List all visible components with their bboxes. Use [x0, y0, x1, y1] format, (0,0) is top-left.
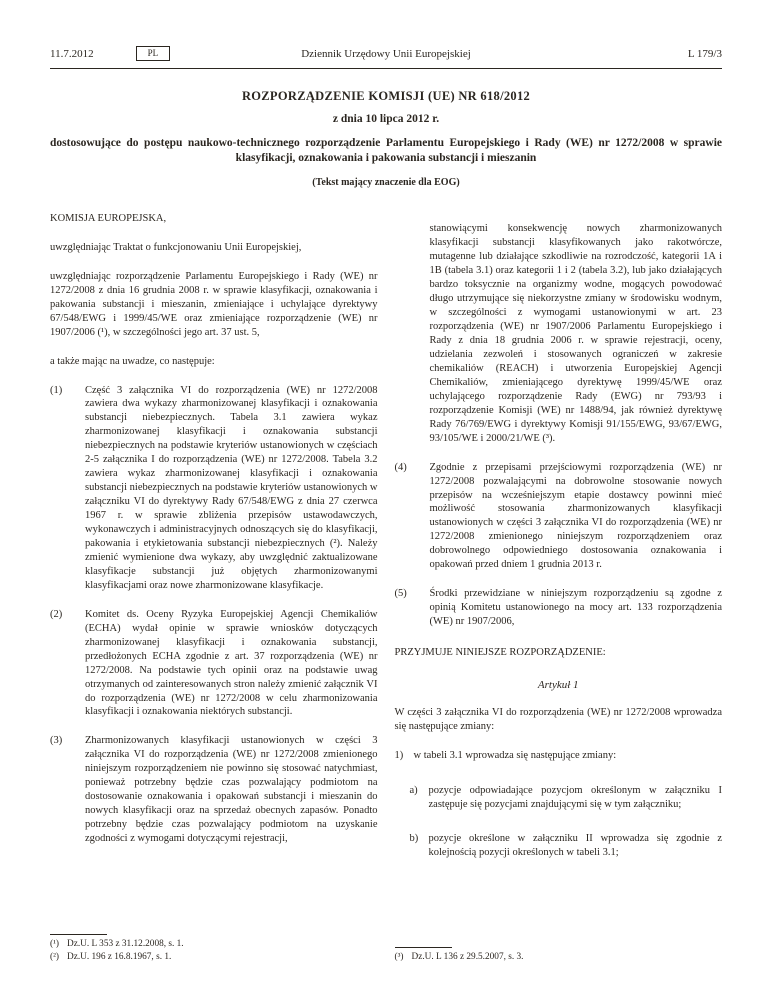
recital-2: (2) Komitet ds. Oceny Ryzyka Europejskie…	[50, 608, 378, 720]
footnote-1-text: Dz.U. L 353 z 31.12.2008, s. 1.	[67, 938, 378, 951]
amendment-point-1: 1) w tabeli 3.1 wprowadza się następując…	[395, 749, 723, 763]
subpoint-b-text: pozycje określone w załączniku II wprowa…	[429, 832, 723, 860]
footnote-1-marker: (¹)	[50, 938, 67, 951]
footnote-3-text: Dz.U. L 136 z 29.5.2007, s. 3.	[412, 951, 723, 964]
title-block: ROZPORZĄDZENIE KOMISJI (UE) NR 618/2012 …	[50, 89, 722, 188]
recital-5-text: Środki przewidziane w niniejszym rozporz…	[430, 587, 723, 629]
recital-5-number: (5)	[395, 587, 430, 629]
enacting-formula: PRZYJMUJE NINIEJSZE ROZPORZĄDZENIE:	[395, 646, 723, 660]
eea-relevance-note: (Tekst mający znaczenie dla EOG)	[50, 177, 722, 188]
footnote-3: (³) Dz.U. L 136 z 29.5.2007, s. 3.	[395, 951, 723, 964]
recital-2-number: (2)	[50, 608, 85, 720]
recital-2-text: Komitet ds. Oceny Ryzyka Europejskiej Ag…	[85, 608, 378, 720]
recital-1-text: Część 3 załącznika VI do rozporządzenia …	[85, 384, 378, 593]
footnote-separator	[395, 947, 452, 948]
footnote-2-marker: (²)	[50, 951, 67, 964]
citation-treaty: uwzględniając Traktat o funkcjonowaniu U…	[50, 241, 378, 255]
amendment-point-1-number: 1)	[395, 749, 414, 763]
recital-5: (5) Środki przewidziane w niniejszym roz…	[395, 587, 723, 629]
recital-1: (1) Część 3 załącznika VI do rozporządze…	[50, 384, 378, 593]
footnote-2: (²) Dz.U. 196 z 16.8.1967, s. 1.	[50, 951, 378, 964]
right-footnotes: (³) Dz.U. L 136 z 29.5.2007, s. 3.	[395, 947, 723, 966]
preamble-lead: a także mając na uwadze, co następuje:	[50, 355, 378, 369]
left-column: KOMISJA EUROPEJSKA, uwzględniając Trakta…	[50, 212, 378, 966]
subpoint-a: a) pozycje odpowiadające pozycjom określ…	[410, 784, 723, 812]
document-page: 11.7.2012 PL Dziennik Urzędowy Unii Euro…	[0, 0, 768, 966]
page-number: L 179/3	[688, 48, 722, 60]
amendment-point-1-text: w tabeli 3.1 wprowadza się następujące z…	[414, 749, 723, 763]
page-header: 11.7.2012 PL Dziennik Urzędowy Unii Euro…	[50, 46, 722, 69]
subpoint-b-marker: b)	[410, 832, 429, 860]
regulation-title: ROZPORZĄDZENIE KOMISJI (UE) NR 618/2012	[50, 89, 722, 104]
recital-3-number: (3)	[50, 734, 85, 846]
footnote-3-marker: (³)	[395, 951, 412, 964]
recital-4: (4) Zgodnie z przepisami przejściowymi r…	[395, 461, 723, 573]
recital-4-number: (4)	[395, 461, 430, 573]
recital-4-text: Zgodnie z przepisami przejściowymi rozpo…	[430, 461, 723, 573]
recital-3-text: Zharmonizowanych klasyfikacji ustanowion…	[85, 734, 378, 846]
recital-3-continuation: stanowiącymi konsekwencję nowych zharmon…	[430, 222, 723, 445]
journal-title: Dziennik Urzędowy Unii Europejskiej	[50, 48, 722, 60]
regulation-date-line: z dnia 10 lipca 2012 r.	[50, 113, 722, 125]
subpoint-b: b) pozycje określone w załączniku II wpr…	[410, 832, 723, 860]
recital-1-number: (1)	[50, 384, 85, 593]
two-column-body: KOMISJA EUROPEJSKA, uwzględniając Trakta…	[50, 212, 722, 966]
footnote-2-text: Dz.U. 196 z 16.8.1967, s. 1.	[67, 951, 378, 964]
subpoint-a-text: pozycje odpowiadające pozycjom określony…	[429, 784, 723, 812]
citation-regulation: uwzględniając rozporządzenie Parlamentu …	[50, 270, 378, 340]
footnote-separator	[50, 934, 107, 935]
footnote-1: (¹) Dz.U. L 353 z 31.12.2008, s. 1.	[50, 938, 378, 951]
left-footnotes: (¹) Dz.U. L 353 z 31.12.2008, s. 1. (²) …	[50, 934, 378, 966]
opening-phrase: KOMISJA EUROPEJSKA,	[50, 212, 378, 226]
regulation-subtitle: dostosowujące do postępu naukowo-technic…	[50, 136, 722, 166]
article-1-heading: Artykuł 1	[395, 678, 723, 693]
right-column: stanowiącymi konsekwencję nowych zharmon…	[395, 212, 723, 966]
recital-3: (3) Zharmonizowanych klasyfikacji ustano…	[50, 734, 378, 846]
subpoint-a-marker: a)	[410, 784, 429, 812]
article-1-intro: W części 3 załącznika VI do rozporządzen…	[395, 706, 723, 734]
